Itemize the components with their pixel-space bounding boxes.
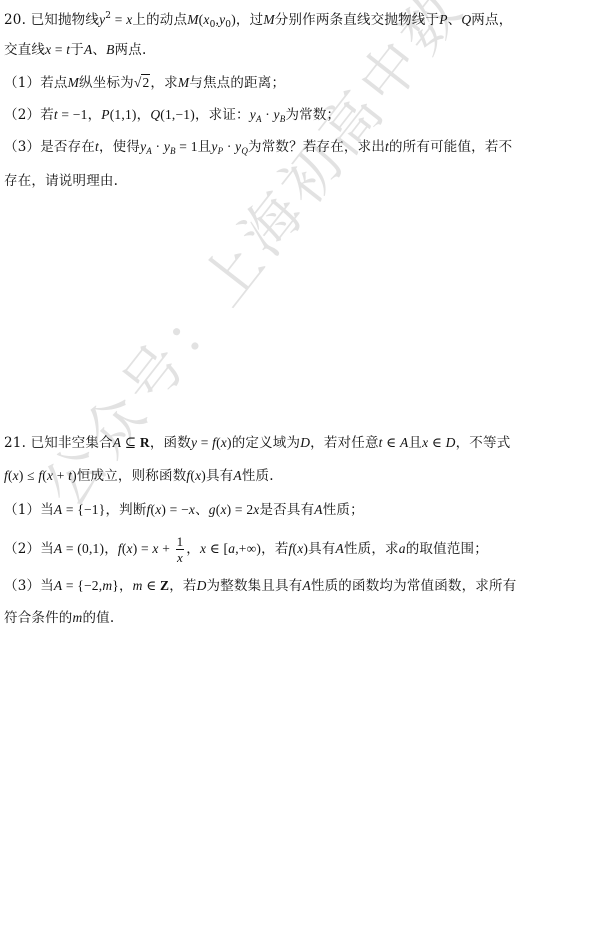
q21-part3: （3）当A = {−2,m}，m ∈ Z，若D为整数集且具有A性质的函数均为常值… xyxy=(4,576,598,596)
q21-part1: （1）当A = {−1}，判断f(x) = −x、g(x) = 2x是否具有A性… xyxy=(4,500,598,520)
q21-stem-line2: f(x) ≤ f(x + t)恒成立，则称函数f(x)具有A性质. xyxy=(4,466,598,486)
q20-part3-continued: 存在，请说明理由. xyxy=(4,171,598,191)
q21-part3-continued: 符合条件的m的值. xyxy=(4,608,598,628)
q21-number: 21. xyxy=(4,435,26,451)
q20-part2: （2）若t = −1，P(1,1)，Q(1,−1)，求证：yA · yB为常数； xyxy=(4,105,598,130)
q21-part2: （2）当A = (0,1)，f(x) = x + 1x，x ∈ [a,+∞)，若… xyxy=(4,532,598,566)
q20-number: 20. xyxy=(4,12,26,28)
q20-stem-line2: 交直线x = t于A、B两点. xyxy=(4,40,598,60)
q20-part1: （1）若点M纵坐标为√2，求M与焦点的距离； xyxy=(4,73,598,93)
q20-stem-line1: 20. 已知抛物线y2 = x上的动点M(x0,y0)，过M分别作两条直线交抛物… xyxy=(4,6,598,35)
fraction-one-over-x: 1x xyxy=(176,534,185,565)
q20-part3: （3）是否存在t，使得yA · yB = 1且yP · yQ为常数？若存在，求出… xyxy=(4,137,598,162)
q21-stem-line1: 21. 已知非空集合A ⊆ R，函数y = f(x)的定义域为D，若对任意t ∈… xyxy=(4,433,598,453)
